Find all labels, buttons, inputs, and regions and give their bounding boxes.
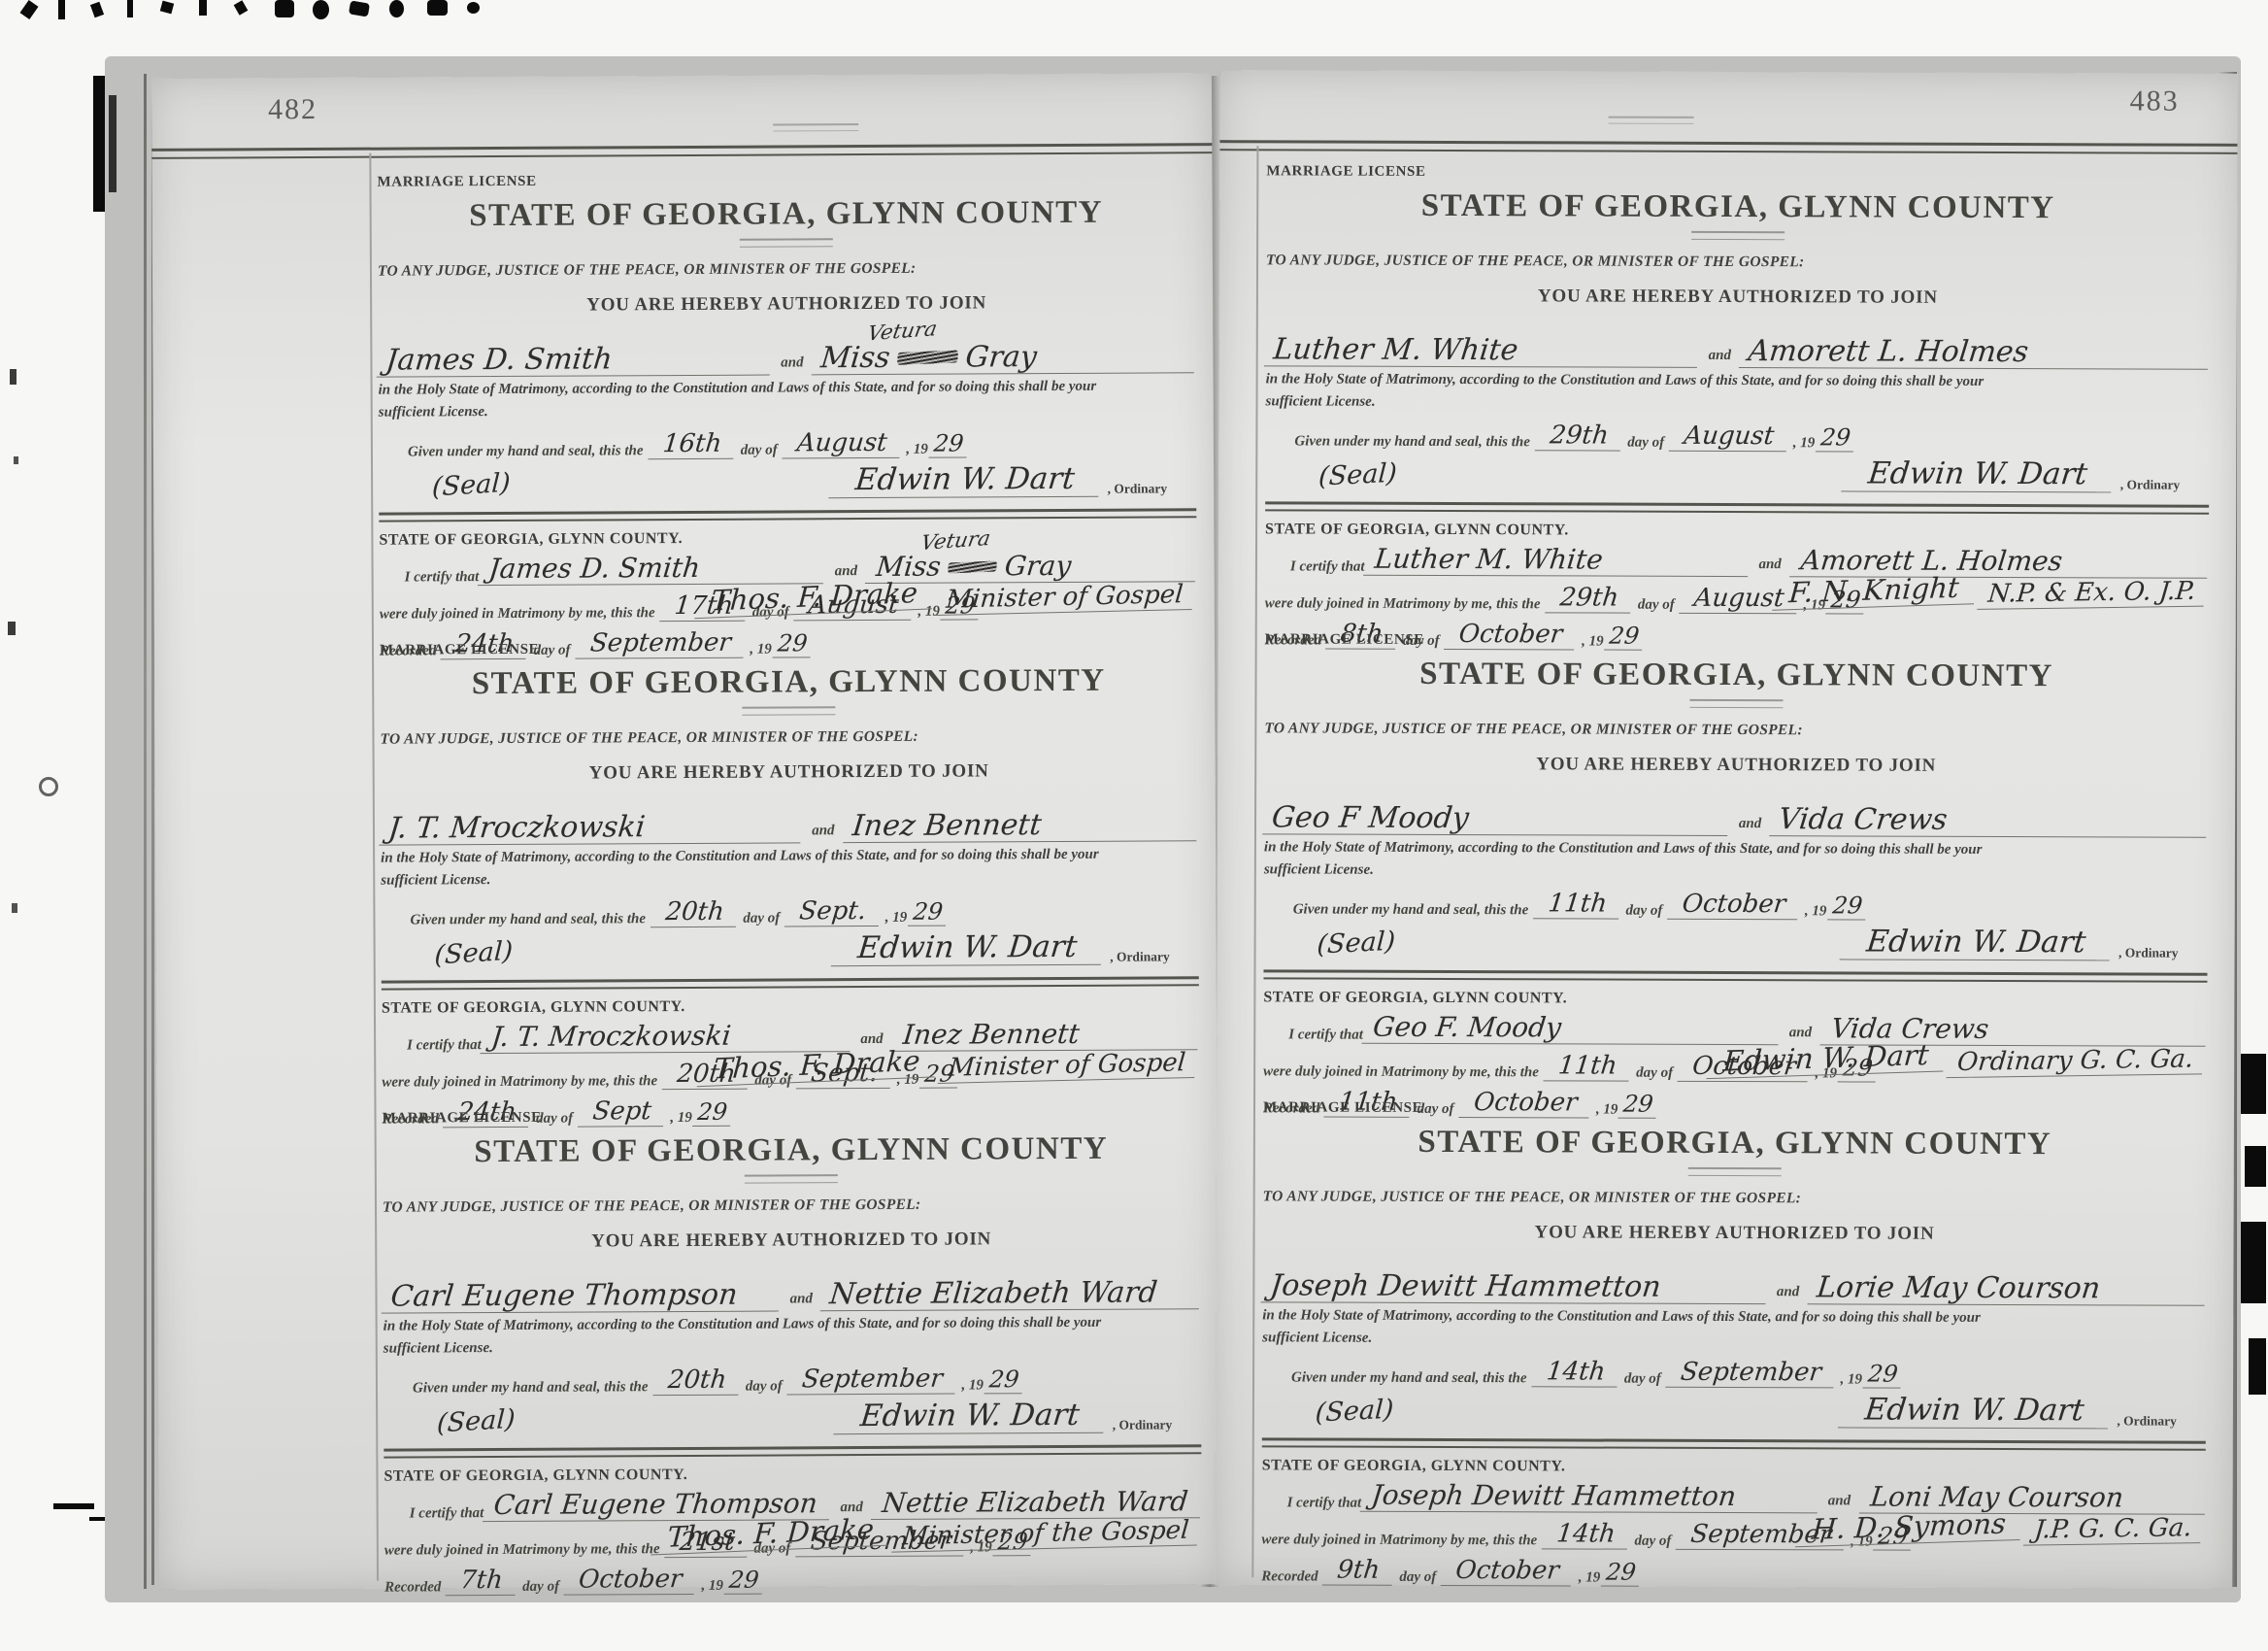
authorize-line: YOU ARE HEREBY AUTHORIZED TO JOIN xyxy=(1266,285,2210,309)
certify-label: I certify that xyxy=(1290,558,1365,575)
year-printed: , 19 xyxy=(885,910,908,927)
marriage-record: MARRIAGE LICENSE STATE OF GEORGIA, GLYNN… xyxy=(377,170,1197,642)
license-year: 29 xyxy=(1862,1361,1903,1389)
bride-correction: Vetura xyxy=(919,526,992,555)
marriage-license-label: MARRIAGE LICENSE xyxy=(1263,1099,2207,1119)
day-of-label: day of xyxy=(522,1579,559,1596)
day-of-label: day of xyxy=(1626,903,1663,920)
scan-artifact xyxy=(53,1503,94,1509)
heading-divider xyxy=(740,238,833,248)
record-heading: STATE OF GEORGIA, GLYNN COUNTY xyxy=(1263,1124,2207,1162)
joined-label: were duly joined in Matrimony by me, thi… xyxy=(382,1073,657,1091)
salutation: TO ANY JUDGE, JUSTICE OF THE PEACE, OR M… xyxy=(378,258,1195,280)
marriage-license-label: MARRIAGE LICENSE xyxy=(380,638,1197,658)
given-line: Given under my hand and seal, this the 2… xyxy=(1294,420,2209,453)
section-divider xyxy=(379,508,1196,522)
year-printed: , 19 xyxy=(906,442,928,458)
ordinary-signature: Edwin W. Dart xyxy=(1841,455,2115,492)
license-month: August xyxy=(782,428,902,459)
ordinary-signature: Edwin W. Dart xyxy=(831,929,1104,966)
day-of-label: day of xyxy=(746,1378,783,1395)
section-divider xyxy=(382,976,1199,990)
bride-name: Vida Crews xyxy=(1769,803,2209,838)
license-month: September xyxy=(786,1365,957,1396)
names-line: Carl Eugene Thompson and Nettie Elizabet… xyxy=(383,1261,1200,1313)
authorize-line: YOU ARE HEREBY AUTHORIZED TO JOIN xyxy=(1263,1221,2207,1245)
cert-heading: STATE OF GEORGIA, GLYNN COUNTY. xyxy=(384,1464,1201,1485)
ordinary-label: , Ordinary xyxy=(2117,1413,2177,1429)
license-month: Sept. xyxy=(784,896,882,927)
day-of-label: day of xyxy=(1634,1533,1671,1550)
license-day: 11th xyxy=(1533,889,1622,919)
recorded-month: October xyxy=(1441,1556,1575,1586)
scan-artifact xyxy=(467,2,480,14)
scan-artifact xyxy=(14,456,18,464)
and-word: and xyxy=(1789,1025,1812,1041)
cert-groom-name: Luther M. White xyxy=(1363,543,1751,577)
license-month: August xyxy=(1668,421,1788,452)
given-label: Given under my hand and seal, this the xyxy=(408,443,644,460)
seal-note: (Seal) xyxy=(1317,458,1397,492)
year-printed: , 19 xyxy=(1805,903,1827,920)
recorded-line: Recorded 9th day of October , 1929 xyxy=(1261,1555,1884,1587)
matrimony-clause: in the Holy State of Matrimony, accordin… xyxy=(1264,836,2208,861)
license-day: 16th xyxy=(648,429,736,459)
scan-artifact xyxy=(90,2,104,18)
matrimony-clause: in the Holy State of Matrimony, accordin… xyxy=(384,1311,1201,1337)
scan-artifact xyxy=(275,0,294,17)
bride-name: Inez Bennett xyxy=(843,808,1200,843)
heading-divider xyxy=(1691,231,1784,240)
authorize-line: YOU ARE HEREBY AUTHORIZED TO JOIN xyxy=(1264,753,2208,777)
page-edge xyxy=(144,74,147,1589)
marriage-license-label: MARRIAGE LICENSE xyxy=(383,1106,1200,1127)
recorded-month: October xyxy=(563,1565,697,1596)
officiant-title: Minister of the Gospel xyxy=(891,1515,1199,1552)
groom-name: Luther M. White xyxy=(1264,333,1701,368)
printer-mark xyxy=(773,123,858,131)
page-482: 482 MARRIAGE LICENSE STATE OF GEORGIA, G… xyxy=(151,73,1219,1590)
scan-artifact xyxy=(349,0,370,17)
salutation: TO ANY JUDGE, JUSTICE OF THE PEACE, OR M… xyxy=(380,726,1197,748)
scan-artifact xyxy=(389,0,404,17)
page-top-rule xyxy=(151,143,1212,159)
matrimony-clause: in the Holy State of Matrimony, accordin… xyxy=(381,843,1198,869)
given-label: Given under my hand and seal, this the xyxy=(1293,901,1529,919)
marriage-record: MARRIAGE LICENSE STATE OF GEORGIA, GLYNN… xyxy=(1265,163,2211,634)
sufficient-license: sufficient License. xyxy=(379,397,1196,423)
certification: STATE OF GEORGIA, GLYNN COUNTY. I certif… xyxy=(1261,1457,2205,1588)
and-word: and xyxy=(812,823,834,839)
and-word: and xyxy=(1758,556,1781,573)
section-divider xyxy=(1265,501,2209,514)
bride-surname: Gray xyxy=(964,341,1038,373)
sufficient-license: sufficient License. xyxy=(384,1333,1201,1360)
matrimony-clause: in the Holy State of Matrimony, accordin… xyxy=(379,375,1196,401)
day-of-label: day of xyxy=(1399,1569,1436,1586)
seal-line: (Seal) Edwin W. Dart, Ordinary xyxy=(437,1397,1172,1436)
license-day: 14th xyxy=(1531,1357,1620,1387)
section-divider xyxy=(1262,1437,2206,1450)
marriage-record: MARRIAGE LICENSE STATE OF GEORGIA, GLYNN… xyxy=(380,638,1200,1110)
joined-label: were duly joined in Matrimony by me, thi… xyxy=(1265,595,1541,613)
officiant-signature: F. N. Knight xyxy=(1773,570,1977,610)
scan-artifact xyxy=(127,0,133,17)
groom-name: Carl Eugene Thompson xyxy=(382,1278,783,1313)
license-day: 20th xyxy=(652,1365,741,1396)
day-of-label: day of xyxy=(743,910,780,927)
officiant-signature: Thos. F. Drake xyxy=(650,1512,890,1556)
cert-heading: STATE OF GEORGIA, GLYNN COUNTY. xyxy=(379,527,1196,549)
given-line: Given under my hand and seal, this the 1… xyxy=(408,426,1196,460)
certify-label: I certify that xyxy=(410,1505,484,1522)
officiant-block: Edwin W. Dart Ordinary G. C. Ga. xyxy=(1708,1041,2203,1077)
recorded-year: 29 xyxy=(1601,1559,1642,1587)
ordinary-label: , Ordinary xyxy=(1108,481,1168,496)
bride-name: Amorett L. Holmes xyxy=(1739,335,2211,370)
seal-note: (Seal) xyxy=(1315,1395,1394,1429)
given-line: Given under my hand and seal, this the 1… xyxy=(1293,888,2208,921)
matrimony-clause: in the Holy State of Matrimony, accordin… xyxy=(1262,1304,2206,1330)
recorded-year: 29 xyxy=(724,1567,764,1595)
cert-groom-name: Joseph Dewitt Hammetton xyxy=(1359,1479,1819,1514)
and-word: and xyxy=(1777,1284,1799,1300)
day-of-label: day of xyxy=(1627,435,1664,452)
officiant-signature: H. D. Symons xyxy=(1795,1506,2022,1547)
given-line: Given under my hand and seal, this the 2… xyxy=(410,894,1198,928)
and-word: and xyxy=(1709,348,1731,364)
scan-artifact xyxy=(109,95,117,192)
ordinary-signature: Edwin W. Dart xyxy=(1840,924,2114,960)
certify-label: I certify that xyxy=(407,1037,482,1054)
recorded-day: 9th xyxy=(1322,1556,1395,1586)
seal-line: (Seal) Edwin W. Dart, Ordinary xyxy=(435,928,1170,968)
ordinary-label: , Ordinary xyxy=(1110,949,1170,964)
given-label: Given under my hand and seal, this the xyxy=(1291,1369,1527,1387)
certify-label: I certify that xyxy=(1288,1027,1363,1043)
heading-divider xyxy=(742,706,835,716)
seal-line: (Seal) Edwin W. Dart, Ordinary xyxy=(1317,923,2179,961)
salutation: TO ANY JUDGE, JUSTICE OF THE PEACE, OR M… xyxy=(1266,252,2210,272)
section-divider xyxy=(384,1444,1201,1458)
ordinary-signature: Edwin W. Dart xyxy=(833,1398,1106,1434)
groom-name: Geo F Moody xyxy=(1262,801,1731,836)
given-label: Given under my hand and seal, this the xyxy=(1294,433,1530,451)
groom-name: James D. Smith xyxy=(377,343,773,378)
seal-note: (Seal) xyxy=(1317,927,1396,960)
joined-label: were duly joined in Matrimony by me, thi… xyxy=(380,605,655,623)
cert-heading: STATE OF GEORGIA, GLYNN COUNTY. xyxy=(1262,1457,2206,1477)
bride-name: Lorie May Courson xyxy=(1807,1271,2208,1305)
given-label: Given under my hand and seal, this the xyxy=(410,911,646,928)
sufficient-license: sufficient License. xyxy=(1262,1327,2206,1352)
page-top-rule xyxy=(1219,140,2237,154)
scan-artifact xyxy=(2249,1338,2266,1395)
struck-out-text xyxy=(897,350,958,364)
officiant-signature: Edwin W. Dart xyxy=(1707,1038,1946,1080)
register-book: 482 MARRIAGE LICENSE STATE OF GEORGIA, G… xyxy=(105,56,2241,1602)
seal-note: (Seal) xyxy=(431,468,511,503)
officiant-block: Thos. F. Drake Minister of the Gospel xyxy=(651,1514,1198,1551)
seal-line: (Seal) Edwin W. Dart, Ordinary xyxy=(1316,1391,2177,1430)
day-of-label: day of xyxy=(741,442,778,458)
printer-mark xyxy=(1609,117,1694,124)
authorize-line: YOU ARE HEREBY AUTHORIZED TO JOIN xyxy=(381,759,1198,785)
scan-artifact xyxy=(2241,1054,2266,1114)
scan-artifact xyxy=(58,0,65,19)
authorize-line: YOU ARE HEREBY AUTHORIZED TO JOIN xyxy=(383,1228,1200,1253)
marriage-record: MARRIAGE LICENSE STATE OF GEORGIA, GLYNN… xyxy=(1261,1099,2207,1588)
seal-line: (Seal) Edwin W. Dart, Ordinary xyxy=(1318,455,2180,493)
day-of-label: day of xyxy=(1624,1371,1661,1388)
officiant-block: H. D. Symons J.P. G. C. Ga. xyxy=(1796,1509,2201,1544)
certify-line: I certify that Luther M. White and Amore… xyxy=(1290,542,2209,578)
scan-artifact xyxy=(10,369,17,385)
given-label: Given under my hand and seal, this the xyxy=(413,1379,649,1397)
bride-name: Miss Gray Vetura xyxy=(812,340,1197,375)
officiant-title: Ordinary G. C. Ga. xyxy=(1947,1044,2205,1078)
left-margin-rule xyxy=(1251,146,1258,1577)
license-day: 20th xyxy=(650,897,738,927)
page-number: 482 xyxy=(268,93,317,126)
officiant-title: J.P. G. C. Ga. xyxy=(2023,1513,2203,1546)
scan-artifact xyxy=(93,76,105,212)
record-heading: STATE OF GEORGIA, GLYNN COUNTY xyxy=(383,1130,1200,1170)
salutation: TO ANY JUDGE, JUSTICE OF THE PEACE, OR M… xyxy=(383,1195,1200,1216)
and-word: and xyxy=(1739,816,1761,832)
officiant-signature: Thos. F. Drake xyxy=(695,575,935,619)
license-year: 29 xyxy=(908,898,948,927)
day-of-label: day of xyxy=(1638,597,1675,614)
officiant-title: Minister of Gospel xyxy=(938,1048,1197,1084)
cert-heading: STATE OF GEORGIA, GLYNN COUNTY. xyxy=(1263,989,2207,1009)
marriage-license-label: MARRIAGE LICENSE xyxy=(1265,631,2209,651)
license-year: 29 xyxy=(984,1365,1024,1394)
given-line: Given under my hand and seal, this the 1… xyxy=(1291,1356,2206,1389)
groom-name: J. T. Mroczkowski xyxy=(379,810,804,845)
struck-out-text xyxy=(949,560,998,573)
names-line: Luther M. White and Amorett L. Holmes xyxy=(1266,318,2210,369)
cert-heading: STATE OF GEORGIA, GLYNN COUNTY. xyxy=(382,995,1199,1017)
authorize-line: YOU ARE HEREBY AUTHORIZED TO JOIN xyxy=(378,291,1195,317)
scan-artifact xyxy=(160,1,174,15)
cert-groom-name: Geo F. Moody xyxy=(1361,1011,1782,1045)
officiant-signature: Thos. F. Drake xyxy=(697,1043,937,1087)
bride-prefix: Miss xyxy=(819,342,891,374)
scan-artifact xyxy=(12,903,17,913)
heading-divider xyxy=(1688,1167,1782,1176)
names-line: Geo F Moody and Vida Crews xyxy=(1264,786,2208,837)
bride-surname: Gray xyxy=(1004,550,1074,582)
section-divider xyxy=(1263,969,2207,982)
year-printed: , 19 xyxy=(961,1377,984,1394)
matrimony-clause: in the Holy State of Matrimony, accordin… xyxy=(1266,368,2210,393)
record-heading: STATE OF GEORGIA, GLYNN COUNTY xyxy=(1264,656,2208,694)
certification: STATE OF GEORGIA, GLYNN COUNTY. I certif… xyxy=(384,1464,1202,1596)
year-printed: , 19 xyxy=(1793,435,1816,452)
married-day: 14th xyxy=(1542,1519,1631,1549)
ordinary-signature: Edwin W. Dart xyxy=(1838,1392,2112,1429)
salutation: TO ANY JUDGE, JUSTICE OF THE PEACE, OR M… xyxy=(1264,720,2208,740)
license-year: 29 xyxy=(928,429,968,457)
marriage-record: MARRIAGE LICENSE STATE OF GEORGIA, GLYNN… xyxy=(383,1106,1203,1596)
certify-label: I certify that xyxy=(1287,1495,1362,1511)
recorded-line: Recorded 7th day of October , 1929 xyxy=(384,1564,924,1597)
license-day: 29th xyxy=(1534,421,1623,451)
record-heading: STATE OF GEORGIA, GLYNN COUNTY xyxy=(378,194,1195,234)
officiant-block: Thos. F. Drake Minister of Gospel xyxy=(696,578,1193,615)
scan-artifact xyxy=(427,0,448,16)
certify-label: I certify that xyxy=(405,569,480,586)
bride-correction: Vetura xyxy=(866,318,939,345)
scan-artifact xyxy=(8,622,16,635)
sufficient-license: sufficient License. xyxy=(1264,859,2208,884)
record-heading: STATE OF GEORGIA, GLYNN COUNTY xyxy=(380,662,1197,702)
names-line: James D. Smith and Miss Gray Vetura xyxy=(378,324,1195,377)
scan-artifact xyxy=(2245,1146,2266,1187)
seal-note: (Seal) xyxy=(436,1404,516,1439)
ordinary-signature: Edwin W. Dart xyxy=(828,461,1101,498)
scan-artifact xyxy=(89,1517,105,1521)
joined-label: were duly joined in Matrimony by me, thi… xyxy=(384,1541,660,1559)
sufficient-license: sufficient License. xyxy=(381,865,1198,892)
recorded-label: Recorded xyxy=(1261,1568,1317,1585)
scan-artifact xyxy=(19,0,38,19)
and-word: and xyxy=(781,354,803,371)
bride-name: Nettie Elizabeth Ward xyxy=(820,1276,1202,1311)
and-word: and xyxy=(835,563,857,580)
scan-artifact xyxy=(2241,1222,2266,1303)
day-of-label: day of xyxy=(1636,1065,1673,1082)
year-printed: , 19 xyxy=(701,1578,723,1595)
recorded-label: Recorded xyxy=(384,1579,441,1596)
heading-divider xyxy=(745,1174,838,1184)
license-year: 29 xyxy=(1827,892,1868,920)
officiant-title: Minister of Gospel xyxy=(936,580,1195,616)
recorded-day: 7th xyxy=(446,1566,518,1596)
marriage-license-label: MARRIAGE LICENSE xyxy=(1266,163,2210,183)
officiant-title: N.P. & Ex. O. J.P. xyxy=(1977,577,2206,610)
page-number: 483 xyxy=(2130,84,2180,118)
page-483: 483 MARRIAGE LICENSE STATE OF GEORGIA, G… xyxy=(1215,70,2237,1589)
officiant-block: F. N. Knight N.P. & Ex. O. J.P. xyxy=(1774,573,2205,609)
cert-heading: STATE OF GEORGIA, GLYNN COUNTY. xyxy=(1265,521,2209,541)
seal-note: (Seal) xyxy=(434,936,514,971)
officiant-block: Thos. F. Drake Minister of Gospel xyxy=(699,1046,1196,1083)
license-year: 29 xyxy=(1816,423,1856,452)
scan-artifact xyxy=(234,0,249,15)
record-heading: STATE OF GEORGIA, GLYNN COUNTY xyxy=(1266,187,2210,226)
ordinary-label: , Ordinary xyxy=(2120,477,2181,492)
and-word: and xyxy=(1828,1493,1851,1509)
ordinary-label: , Ordinary xyxy=(2118,945,2179,960)
sufficient-license: sufficient License. xyxy=(1265,390,2209,416)
heading-divider xyxy=(1689,699,1783,708)
joined-label: were duly joined in Matrimony by me, thi… xyxy=(1261,1532,1537,1549)
names-line: J. T. Mroczkowski and Inez Bennett xyxy=(381,792,1198,845)
year-printed: , 19 xyxy=(1841,1371,1863,1388)
salutation: TO ANY JUDGE, JUSTICE OF THE PEACE, OR M… xyxy=(1263,1188,2207,1208)
joined-label: were duly joined in Matrimony by me, thi… xyxy=(1263,1063,1539,1081)
seal-line: (Seal) Edwin W. Dart, Ordinary xyxy=(432,460,1167,500)
year-printed: , 19 xyxy=(1579,1569,1601,1586)
scan-artifact xyxy=(39,777,58,796)
given-line: Given under my hand and seal, this the 2… xyxy=(413,1363,1201,1397)
ordinary-label: , Ordinary xyxy=(1113,1417,1173,1432)
marriage-license-label: MARRIAGE LICENSE xyxy=(377,170,1194,190)
certify-line: I certify that Joseph Dewitt Hammetton a… xyxy=(1287,1478,2206,1514)
scan-artifact xyxy=(313,0,329,19)
scan-artifact xyxy=(199,0,207,16)
married-day: 11th xyxy=(1543,1051,1632,1081)
and-word: and xyxy=(790,1291,813,1307)
names-line: Joseph Dewitt Hammetton and Lorie May Co… xyxy=(1262,1254,2206,1305)
married-day: 29th xyxy=(1545,583,1634,613)
groom-name: Joseph Dewitt Hammetton xyxy=(1261,1269,1769,1304)
license-month: October xyxy=(1667,890,1801,920)
marriage-record: MARRIAGE LICENSE STATE OF GEORGIA, GLYNN… xyxy=(1263,631,2209,1102)
license-month: September xyxy=(1665,1358,1836,1389)
